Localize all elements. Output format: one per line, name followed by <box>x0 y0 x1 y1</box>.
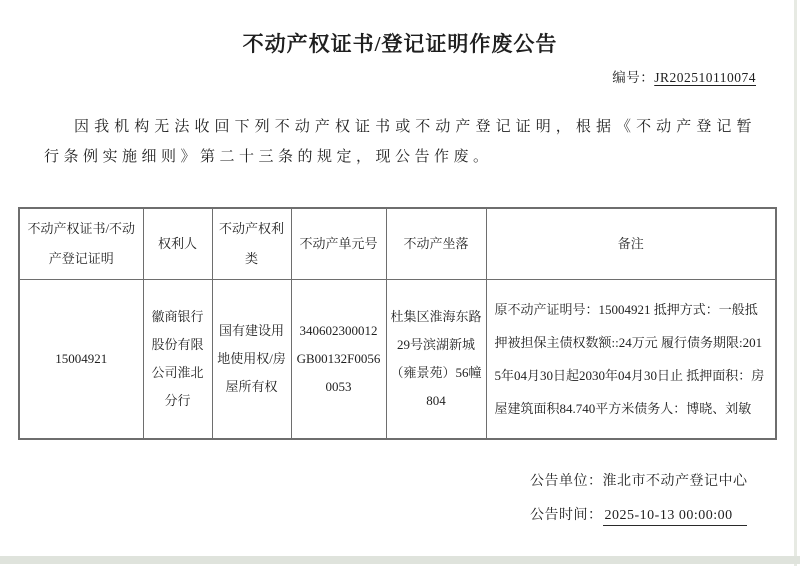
announcement-unit-line: 公告单位：淮北市不动产登记中心 <box>530 470 748 490</box>
header-holder: 权利人 <box>143 208 212 280</box>
table-row: 15004921 徽商银行股份有限公司淮北分行 国有建设用地使用权/房屋所有权 … <box>19 280 776 440</box>
header-location: 不动产坐落 <box>386 208 486 280</box>
page-title: 不动产权证书/登记证明作废公告 <box>0 28 800 58</box>
notice-page: 不动产权证书/登记证明作废公告 编号：JR202510110074 因我机构无法… <box>0 0 800 566</box>
page-bottom-edge-divider <box>0 556 800 564</box>
doc-number-label: 编号： <box>612 70 654 85</box>
announcement-time-line: 公告时间：2025-10-13 00:00:00 <box>530 504 747 524</box>
cell-unit-no: 340602300012GB00132F00560053 <box>291 280 386 440</box>
announcement-time-value: 2025-10-13 00:00:00 <box>603 508 747 526</box>
table-header-row: 不动产权证书/不动产登记证明 权利人 不动产权利类 不动产单元号 不动产坐落 备… <box>19 208 776 280</box>
header-unit-no: 不动产单元号 <box>291 208 386 280</box>
page-right-edge-divider <box>794 0 797 566</box>
doc-number-line: 编号：JR202510110074 <box>612 66 756 86</box>
doc-number-value: JR202510110074 <box>654 70 756 85</box>
cell-holder: 徽商银行股份有限公司淮北分行 <box>143 280 212 440</box>
cell-cert-no: 15004921 <box>19 280 143 440</box>
announcement-unit-value: 淮北市不动产登记中心 <box>603 474 748 489</box>
header-remarks: 备注 <box>486 208 776 280</box>
header-cert-no: 不动产权证书/不动产登记证明 <box>19 208 143 280</box>
announcement-time-label: 公告时间： <box>530 508 603 523</box>
notice-body-paragraph: 因我机构无法收回下列不动产权证书或不动产登记证明，根据《不动产登记暂行条例实施细… <box>44 112 756 172</box>
header-right-type: 不动产权利类 <box>212 208 291 280</box>
cell-location: 杜集区淮海东路29号滨湖新城（雍景苑）56幢804 <box>386 280 486 440</box>
certificate-table: 不动产权证书/不动产登记证明 权利人 不动产权利类 不动产单元号 不动产坐落 备… <box>18 207 777 440</box>
cell-remarks: 原不动产证明号：15004921 抵押方式：一般抵押被担保主债权数额::24万元… <box>486 280 776 440</box>
announcement-unit-label: 公告单位： <box>530 474 603 489</box>
cell-right-type: 国有建设用地使用权/房屋所有权 <box>212 280 291 440</box>
